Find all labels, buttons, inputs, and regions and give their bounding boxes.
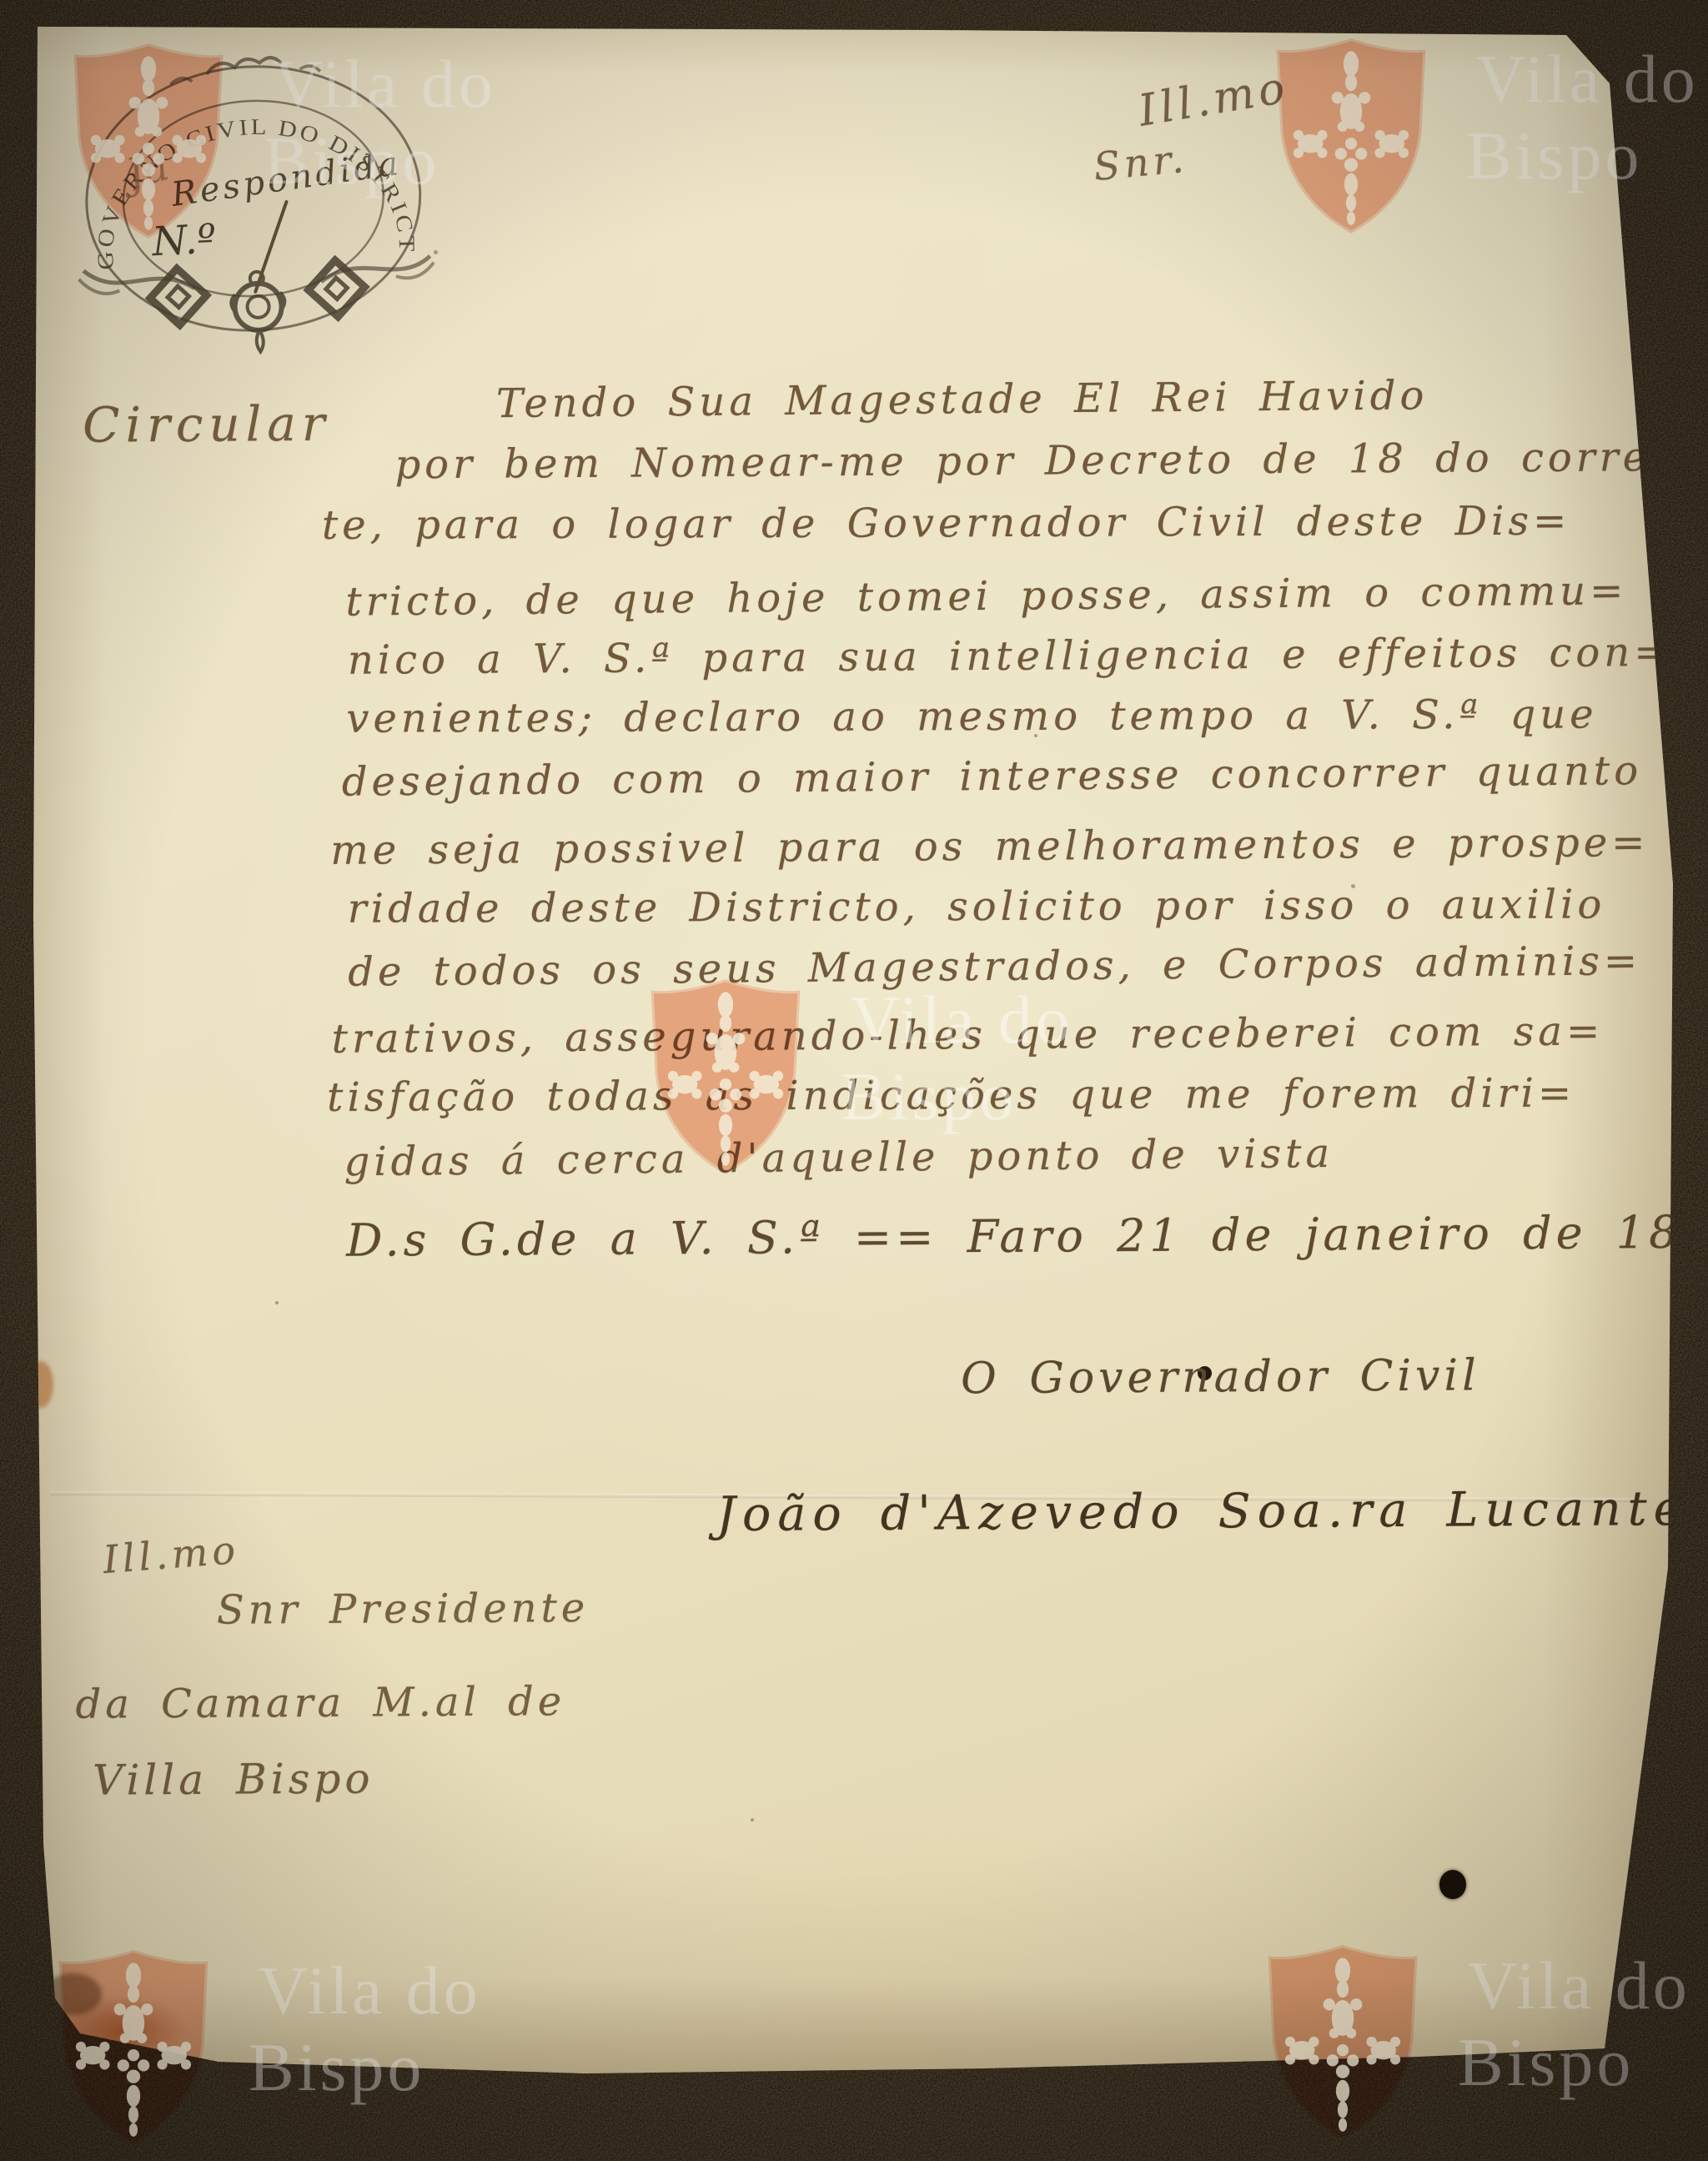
paper-speck [1034,734,1037,737]
manuscript-line: de todos os seus Magestrados, e Corpos a… [348,937,1641,996]
dateline: D.s G.de a V. S.ª == Faro 21 de janeiro … [346,1205,1708,1266]
manuscript-line: Tendo Sua Magestade El Rei Havido [496,372,1429,427]
paper-sheet: GOVERNO CIVIL DO DISTRICTO DE FARO [0,0,1708,2161]
salutation-line: Snr. [1092,136,1189,189]
document-photo: GOVERNO CIVIL DO DISTRICTO DE FARO [0,0,1708,2161]
paper-speck [751,1818,754,1822]
manuscript-line: gidas á cerca d'aquelle ponto de vista [344,1130,1334,1185]
manuscript-line: tisfação todas as indicações que me fore… [327,1070,1575,1121]
manuscript-line: te, para o logar de Governador Civil des… [322,498,1571,549]
manuscript-line: por bem Nomear-me por Decreto de 18 do c… [394,434,1708,489]
salutation-line: Ill.mo [1135,63,1292,137]
manuscript-line: nico a V. S.ª para sua intelligencia e e… [348,629,1672,684]
manuscript-line: venientes; declaro ao mesmo tempo a V. S… [346,691,1597,742]
paper-speck [275,1301,279,1304]
manuscript-line: tricto, de que hoje tomei posse, assim o… [345,567,1627,625]
manuscript-line: me seja possivel para os melhoramentos e… [330,819,1649,874]
manuscript-line: trativos, assegurando-lhes que receberei… [332,1008,1605,1063]
manuscript-line: desejando com o maior interesse concorre… [342,747,1643,806]
manuscript: Ill.mo Snr. Circular Tendo Sua Magestade… [0,0,1708,2161]
addressee-line: Snr Presidente [217,1585,590,1634]
paper-speck [434,250,438,254]
addressee-line: Villa Bispo [93,1755,374,1805]
paper-speck [1351,884,1355,888]
addressee-line: Ill.mo [102,1527,241,1582]
closing-line: O Governador Civil [961,1350,1480,1404]
manuscript-line: ridade deste Districto, solicito por iss… [348,881,1606,932]
doc-type-label: Circular [83,395,331,454]
signature: João d'Azevedo Soa.ra Lucante [716,1481,1689,1542]
addressee-line: da Camara M.al de [75,1678,565,1728]
